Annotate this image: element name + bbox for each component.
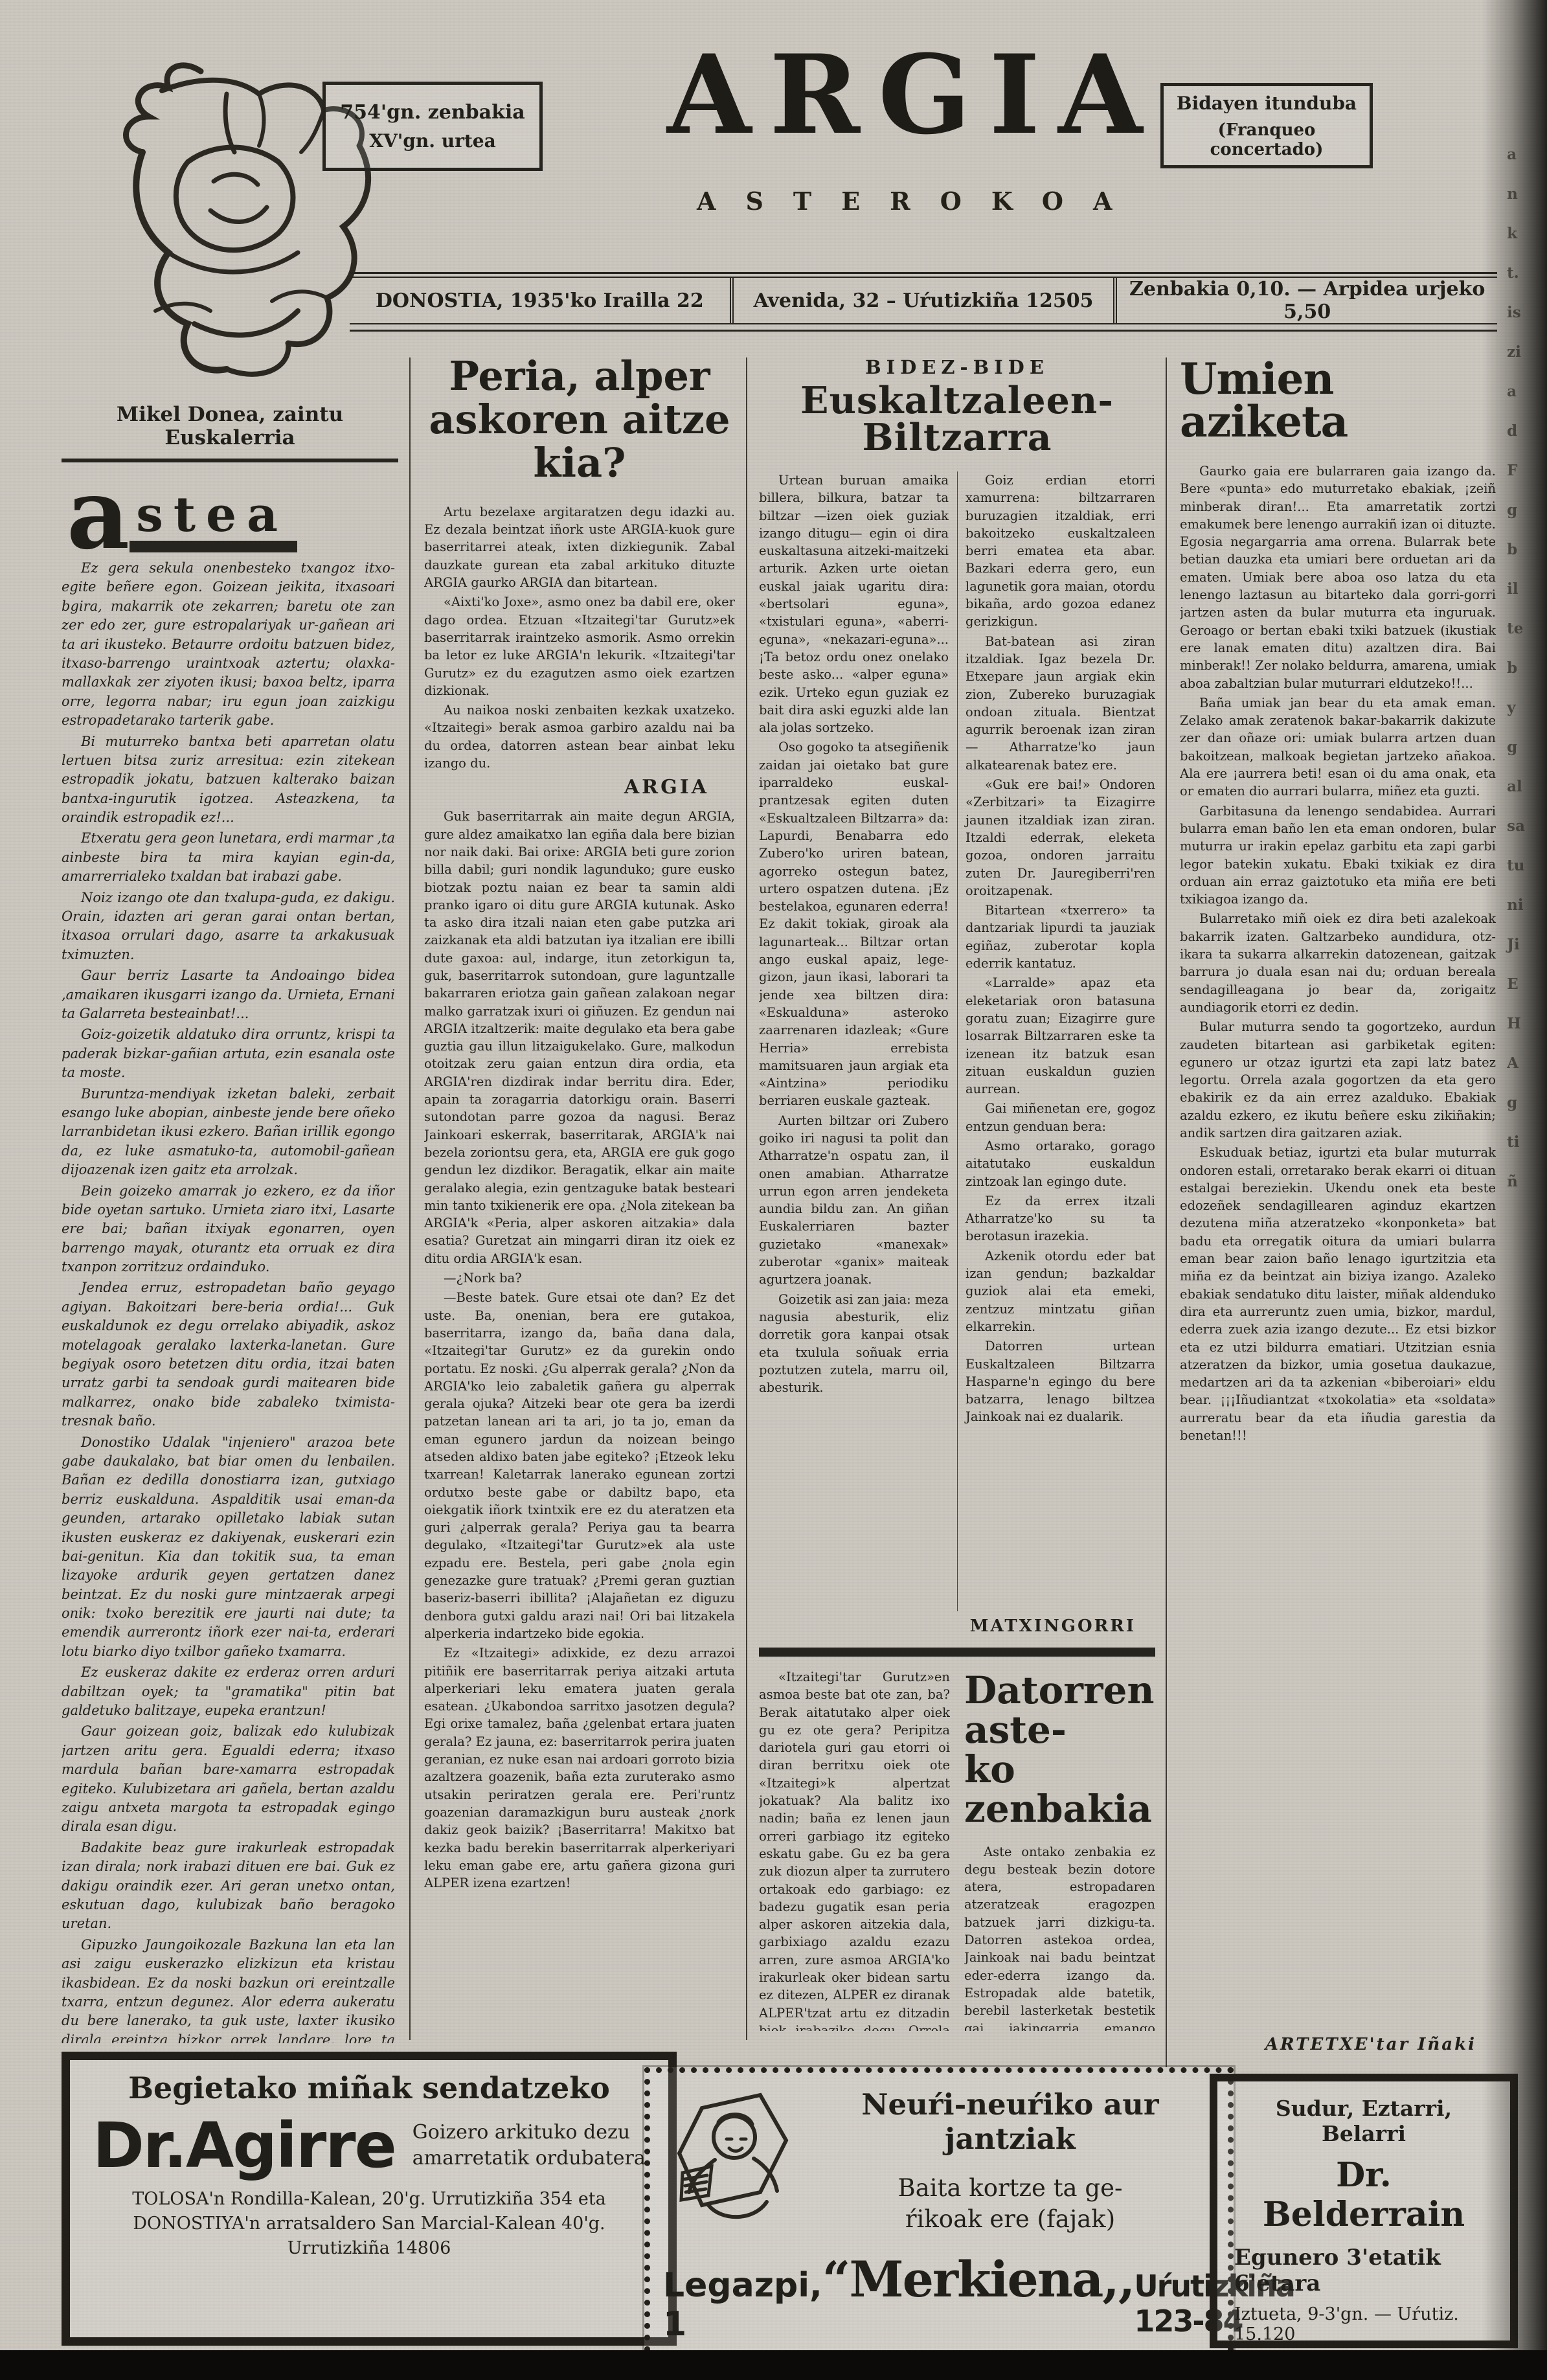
column-biltzarra: BIDEZ-BIDE Euskaltzaleen-Biltzarra Urtea… bbox=[759, 355, 1155, 2045]
paragraph: sa bbox=[1507, 817, 1525, 835]
paragraph: Badakite beaz gure irakurleak estropadak… bbox=[62, 1839, 395, 1934]
paragraph: H bbox=[1507, 1015, 1525, 1032]
paragraph: «Itzaitegi'tar Gurutz»en asmoa beste bat… bbox=[759, 1668, 950, 2031]
paragraph: Gai miñenetan ere, gogoz entzun genduan … bbox=[965, 1100, 1155, 1135]
paragraph: Urtean buruan amaika billera, bilkura, b… bbox=[759, 471, 949, 736]
issue-number: 754'gn. zenbakia bbox=[326, 101, 539, 124]
datorren-block: Datorren aste- ko zenbakia Aste ontako z… bbox=[964, 1668, 1155, 2031]
umien-body: Gaurko gaia ere bularraren gaia izango d… bbox=[1180, 462, 1496, 2030]
dateline-price: Zenbakia 0,10. — Arpidea urjeko 5,50 bbox=[1113, 278, 1497, 323]
paragraph: zi bbox=[1507, 343, 1525, 361]
paragraph: il bbox=[1507, 580, 1525, 598]
paragraph: Bein goizeko amarrak jo ezkero, ez da iñ… bbox=[62, 1182, 395, 1277]
paragraph: ni bbox=[1507, 896, 1525, 914]
paragraph: Aurten biltzar ori Zubero goiko iri nagu… bbox=[759, 1112, 949, 1289]
paragraph: n bbox=[1507, 185, 1525, 203]
column-astea: a stea Ez gera sekula onenbesteko txango… bbox=[62, 453, 395, 2043]
paragraph: A bbox=[1507, 1054, 1525, 1072]
paragraph: Guk baserritarrak ain maite degun ARGIA,… bbox=[424, 808, 735, 1267]
biltzarra-headline: Euskaltzaleen-Biltzarra bbox=[759, 382, 1155, 456]
astea-section-title: a stea bbox=[67, 477, 395, 552]
franqueo-line1: Bidayen itunduba bbox=[1164, 93, 1370, 114]
peria-argia-signature: ARGIA bbox=[424, 776, 709, 799]
paragraph: Donostiko Udalak "injeniero" arazoa bete… bbox=[62, 1433, 395, 1662]
paragraph: «Larralde» apaz eta eleketariak oron bat… bbox=[965, 974, 1155, 1098]
paragraph: Ez «Itzaitegi» adixkide, ez dezu arrazoi… bbox=[424, 1644, 735, 1892]
paragraph: Goizetik asi zan jaia: meza nagusia abes… bbox=[759, 1291, 949, 1397]
paragraph: Asmo ortarako, gorago aitatutako euskald… bbox=[965, 1137, 1155, 1190]
biltzarra-signature: MATXINGORRI bbox=[759, 1616, 1136, 1636]
paragraph: Artu bezelaxe argitaratzen degu idazki a… bbox=[424, 503, 735, 591]
page-edge-letters: ankt.isziadFgbiltebygalsatuniJiEHAgtiñ bbox=[1507, 146, 1525, 1190]
paragraph: Bularretako miñ oiek ez dira beti azalek… bbox=[1180, 910, 1496, 1016]
paragraph: Bat-batean asi ziran itzaldiak. Igaz bez… bbox=[965, 633, 1155, 774]
belderrain-name: Dr. Belderrain bbox=[1234, 2155, 1493, 2234]
paragraph: Jendea erruz, estropadetan baño geyago a… bbox=[62, 1278, 395, 1431]
scan-bottom-border bbox=[0, 2350, 1547, 2380]
paragraph: k bbox=[1507, 225, 1525, 242]
paragraph: al bbox=[1507, 778, 1525, 795]
umien-headline: Umien aziketa bbox=[1180, 357, 1496, 443]
paragraph: y bbox=[1507, 699, 1525, 716]
column-peria: Peria, alper askoren aitze kia? Artu bez… bbox=[424, 355, 735, 2042]
belderrain-hours: Egunero 3'etatik 6'etara bbox=[1234, 2245, 1493, 2296]
paragraph: Goiz-goizetik aldatuko dira orruntz, kri… bbox=[62, 1025, 395, 1082]
paragraph: b bbox=[1507, 659, 1525, 677]
paragraph: Ji bbox=[1507, 936, 1525, 953]
astea-dropcap: a bbox=[67, 477, 130, 552]
masthead-title: ARGIA bbox=[667, 40, 1120, 149]
peria-intro: Artu bezelaxe argitaratzen degu idazki a… bbox=[424, 503, 735, 772]
paragraph: g bbox=[1507, 501, 1525, 519]
paragraph: te bbox=[1507, 620, 1525, 637]
paragraph: t. bbox=[1507, 264, 1525, 282]
column-rule-2 bbox=[746, 357, 747, 2040]
astea-body: Ez gera sekula onenbesteko txangoz itxo-… bbox=[62, 559, 395, 2043]
section-divider bbox=[759, 1648, 1155, 1657]
datorren-headline: Datorren aste- ko zenbakia bbox=[964, 1671, 1155, 1829]
paragraph: Goiz erdian etorri xamurrena: biltzarrar… bbox=[965, 471, 1155, 631]
belderrain-specialty: Sudur, Eztarri, Belarri bbox=[1234, 2096, 1493, 2146]
paragraph: Etxeratu gera geon lunetara, erdi marmar… bbox=[62, 829, 395, 886]
paragraph: Aste ontako zenbakia ez degu besteak bez… bbox=[964, 1843, 1155, 2031]
column-umien: Umien aziketa Gaurko gaia ere bularraren… bbox=[1180, 355, 1496, 2071]
merkiena-address: Legazpi, 1 bbox=[663, 2266, 822, 2344]
paragraph: g bbox=[1507, 1094, 1525, 1111]
paragraph: Oso gogoko ta atsegiñenik zaidan jai oie… bbox=[759, 738, 949, 1109]
merkiena-headline: Neuŕi-neuŕiko aur jantziak bbox=[806, 2087, 1215, 2156]
paragraph: Datorren urtean Euskaltzaleen Biltzarra … bbox=[965, 1337, 1155, 1425]
paragraph: F bbox=[1507, 462, 1525, 479]
paragraph: b bbox=[1507, 541, 1525, 558]
datorren-body: Aste ontako zenbakia ez degu besteak bez… bbox=[964, 1843, 1155, 2031]
paragraph: Noiz izango ote dan txalupa-guda, ez dak… bbox=[62, 889, 395, 965]
paragraph: g bbox=[1507, 738, 1525, 756]
belderrain-address: Iztueta, 9-3'gn. — Uŕutiz. 15.120 bbox=[1234, 2304, 1493, 2344]
agirre-ad-title: Begietako miñak sendatzeko bbox=[84, 2070, 654, 2105]
paragraph: Eskuduak betiaz, igurtzi eta bular mutur… bbox=[1180, 1144, 1496, 1444]
peria-body: Guk baserritarrak ain maite degun ARGIA,… bbox=[424, 808, 735, 1892]
paragraph: Azkenik otordu eder bat izan gendun; baz… bbox=[965, 1247, 1155, 1335]
column-rule-3 bbox=[1166, 357, 1167, 2067]
merkiena-subline: Baita kortze ta ge- ŕikoak ere (fajak) bbox=[806, 2173, 1215, 2235]
paragraph: Ez gera sekula onenbesteko txangoz itxo-… bbox=[62, 559, 395, 731]
issue-number-box: 754'gn. zenbakia XV'gn. urtea bbox=[322, 82, 543, 171]
paragraph: Gaur goizean goiz, balizak edo kulubizak… bbox=[62, 1722, 395, 1836]
paragraph: —¿Nork ba? bbox=[424, 1269, 735, 1287]
paragraph: Ez euskeraz dakite ez erderaz orren ardu… bbox=[62, 1663, 395, 1720]
issue-year: XV'gn. urtea bbox=[326, 130, 539, 152]
biltzarra-kicker: BIDEZ-BIDE bbox=[759, 356, 1155, 378]
paragraph: tu bbox=[1507, 857, 1525, 874]
dateline-bar: DONOSTIA, 1935'ko Irailla 22 Avenida, 32… bbox=[350, 272, 1497, 332]
masthead-subtitle: ASTEROKOA bbox=[667, 187, 1120, 216]
agirre-ad-name: Dr.Agirre bbox=[93, 2109, 396, 2182]
paragraph: d bbox=[1507, 422, 1525, 440]
paragraph: Bitartean «txerrero» ta dantzariak lipur… bbox=[965, 901, 1155, 972]
paragraph: Au naikoa noski zenbaiten kezkak uxatzek… bbox=[424, 701, 735, 772]
paragraph: Baña umiak jan bear du eta amak eman. Ze… bbox=[1180, 694, 1496, 800]
paragraph: Buruntza-mendiyak izketan baleki, zerbai… bbox=[62, 1085, 395, 1180]
paragraph: «Guk ere bai!» Ondoren «Zerbitzari» ta E… bbox=[965, 776, 1155, 900]
dateline-city-date: DONOSTIA, 1935'ko Irailla 22 bbox=[350, 289, 730, 312]
paragraph: Ez da errex itzali Atharratze'ko su ta b… bbox=[965, 1192, 1155, 1245]
merkiena-brand: “Merkiena,, bbox=[822, 2250, 1135, 2308]
agirre-ad-tagline: Goizero arkituko dezu amarretatik orduba… bbox=[412, 2120, 646, 2172]
paragraph: Garbitasuna da lenengo sendabidea. Aurra… bbox=[1180, 802, 1496, 909]
column-rule-1 bbox=[409, 357, 411, 2040]
ad-merkiena: Neuŕi-neuŕiko aur jantziak Baita kortze … bbox=[644, 2067, 1234, 2375]
paragraph: a bbox=[1507, 146, 1525, 163]
franqueo-line2: (Franqueo concertado) bbox=[1164, 120, 1370, 159]
paragraph: «Aixti'ko Joxe», asmo onez ba dabil ere,… bbox=[424, 593, 735, 699]
paragraph: Bi muturreko bantxa beti aparretan olatu… bbox=[62, 732, 395, 828]
paragraph: Bular muturra sendo ta gogortzeko, aurdu… bbox=[1180, 1018, 1496, 1142]
ad-dr-belderrain: Sudur, Eztarri, Belarri Dr. Belderrain E… bbox=[1210, 2074, 1518, 2348]
paragraph: Gaurko gaia ere bularraren gaia izango d… bbox=[1180, 462, 1496, 692]
baby-illustration bbox=[663, 2082, 806, 2244]
franqueo-box: Bidayen itunduba (Franqueo concertado) bbox=[1160, 83, 1373, 168]
dateline-address: Avenida, 32 – Uŕutizkiña 12505 bbox=[730, 278, 1114, 323]
peria-continuation: «Itzaitegi'tar Gurutz»en asmoa beste bat… bbox=[759, 1668, 950, 2031]
paragraph: ti bbox=[1507, 1133, 1525, 1151]
paragraph: Gaur berriz Lasarte ta Andoaingo bidea ,… bbox=[62, 966, 395, 1023]
paragraph: Gipuzko Jaungoikozale Bazkuna lan eta la… bbox=[62, 1936, 395, 2043]
ad-dr-agirre: Begietako miñak sendatzeko Dr.Agirre Goi… bbox=[62, 2052, 677, 2346]
biltzarra-body: Urtean buruan amaika billera, bilkura, b… bbox=[759, 471, 1155, 1611]
agirre-ad-address: TOLOSA'n Rondilla-Kalean, 20'g. Urrutizk… bbox=[84, 2187, 654, 2260]
peria-headline: Peria, alper askoren aitze kia? bbox=[424, 355, 735, 485]
paragraph: ñ bbox=[1507, 1173, 1525, 1190]
paragraph: —Beste batek. Gure etsai ote dan? Ez det… bbox=[424, 1289, 735, 1642]
paragraph: a bbox=[1507, 383, 1525, 400]
newspaper-page: Mikel Donea, zaintu Euskalerria 754'gn. … bbox=[0, 0, 1547, 2380]
paragraph: E bbox=[1507, 975, 1525, 993]
paragraph: is bbox=[1507, 304, 1525, 321]
umien-signature: ARTETXE'tar Iñaki bbox=[1180, 2035, 1476, 2054]
